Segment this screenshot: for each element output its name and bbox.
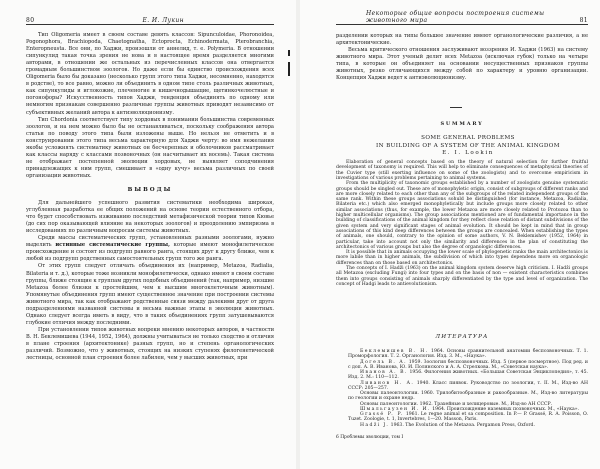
- paragraph: От этих групп следует отличать объединен…: [26, 263, 274, 326]
- right-page: Некоторые общие вопросы построения систе…: [300, 0, 600, 469]
- paragraph: Тип Oligomeria имеет в своем составе дев…: [26, 32, 274, 117]
- paragraph: Elaboration of general concepts based on…: [336, 160, 588, 181]
- scan-mark: [288, 50, 290, 56]
- right-body-top: разделении которых на типы большее значе…: [336, 33, 588, 82]
- paragraph: From the multiplicity of taxonomic group…: [336, 181, 588, 250]
- paragraph: It is possible that in animals occupying…: [336, 250, 588, 266]
- paragraph: При установлении типов животных вопреки …: [26, 327, 274, 362]
- summary-body: Elaboration of general concepts based on…: [336, 160, 588, 287]
- signature-footnote: 6 Проблемы эволюции, том I: [336, 434, 588, 441]
- running-head-right: Некоторые общие вопросы построения систе…: [336, 14, 588, 25]
- left-body: Тип Oligomeria имеет в своем составе дев…: [26, 32, 274, 362]
- reference-item: Основы палеонтологии. 1960. Трилобитообр…: [336, 391, 588, 402]
- summary-author: E. I. Lookin: [336, 150, 588, 157]
- emphasis: истинные систематические группы,: [55, 242, 170, 248]
- reference-list: Беклемишев В. Н. 1964. Основы сравнитель…: [336, 349, 588, 428]
- reference-item: Иванов А. В. 1956. Филогения животных. «…: [336, 370, 588, 381]
- paragraph: Весьма критического отношения заслуживаю…: [336, 47, 588, 82]
- reference-item: Ливанов Н. А. 1940. Класс пиявок. Руково…: [336, 381, 588, 392]
- paragraph: The concepts of I. Hadži (1963) on the a…: [336, 266, 588, 287]
- paragraph: Среди массы систематических групп, устан…: [26, 235, 274, 263]
- reference-item: Grassé P. P. 1961. Le regne animal et sa…: [336, 412, 588, 423]
- paragraph: Тип Chordonia соответствует типу хордовы…: [26, 117, 274, 180]
- summary-title-line1: SOME GENERAL PROBLEMS: [336, 134, 588, 142]
- literature-section: ЛИТЕРАТУРА Беклемишев В. Н. 1964. Основы…: [336, 334, 588, 441]
- scan-mark: [288, 62, 290, 76]
- page-number: 80: [26, 17, 34, 24]
- reference-item: Догель В. А. 1959. Зоология беспозвоночн…: [336, 360, 588, 371]
- section-divider: [450, 107, 462, 108]
- literature-heading: ЛИТЕРАТУРА: [336, 334, 588, 341]
- page-number: 81: [580, 17, 588, 24]
- reference-item: Беклемишев В. Н. 1964. Основы сравнитель…: [336, 349, 588, 360]
- paragraph: разделении которых на типы большее значе…: [336, 33, 588, 47]
- running-head-left: 80 Е. И. Лукин: [26, 14, 274, 25]
- running-head-title: Е. И. Лукин: [142, 17, 184, 24]
- summary-section: SUMMARY SOME GENERAL PROBLEMS IN BUILDIN…: [336, 121, 588, 287]
- running-head-title: Некоторые общие вопросы построения систе…: [366, 10, 580, 24]
- reference-item: Hadži J. 1963. The Evolution of the Meta…: [336, 423, 588, 428]
- paragraph: Для дальнейшего успешного развития систе…: [26, 200, 274, 235]
- summary-heading: SUMMARY: [336, 121, 588, 128]
- section-heading-conclusions: ВЫВОДЫ: [26, 187, 274, 194]
- left-page: 80 Е. И. Лукин Тип Oligomeria имеет в св…: [0, 0, 296, 469]
- summary-title-line2: IN BUILDING OF A SYSTEM OF THE ANIMAL KI…: [336, 142, 588, 150]
